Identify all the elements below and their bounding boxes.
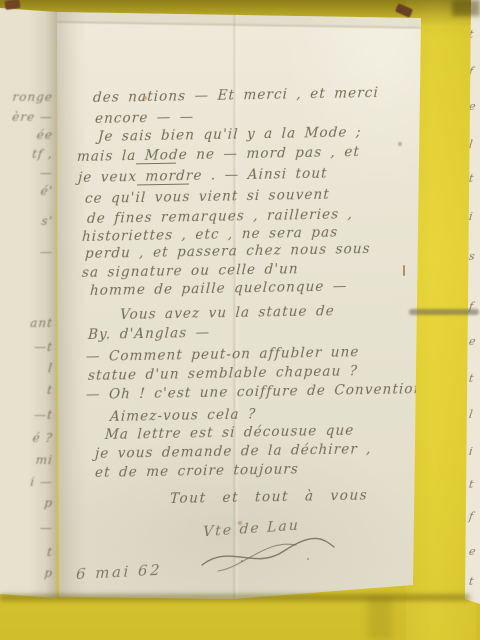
- foxing-dot: [238, 521, 242, 525]
- left-page-fold-shadow: [28, 8, 57, 598]
- letter-line: — Comment peut-on affubler une: [86, 344, 360, 365]
- right-line-fragment: l: [468, 408, 473, 421]
- right-line-fragment: i: [468, 210, 473, 223]
- bottom-edge-shadow: [0, 594, 470, 601]
- top-right-corner-shadow: [452, 0, 480, 16]
- word-underline: [136, 163, 176, 165]
- foxing-dot: [143, 96, 147, 100]
- letter-line: de fines remarques , railleries ,: [87, 206, 354, 227]
- photo-frame: rongeère —éetf ,—é's'—ant—tlt—té ?mii —p…: [0, 0, 480, 640]
- right-line-fragment: t: [468, 478, 474, 491]
- letter-line: ce qu'il vous vient si souvent: [85, 187, 331, 207]
- right-line-fragment: f: [468, 510, 474, 523]
- right-line-fragment: s: [468, 250, 475, 263]
- letter-line: statue d'un semblable chapeau ?: [88, 363, 359, 384]
- letter-line: Aimez-vous cela ?: [110, 406, 257, 425]
- right-line-fragment: e: [468, 335, 476, 348]
- right-line-fragment: t: [468, 575, 474, 588]
- signature-flourish: [196, 535, 341, 577]
- foxing-dot: [398, 142, 402, 146]
- right-line-fragment: i: [468, 445, 473, 458]
- bottom-yellow-fold-shadow: [368, 596, 392, 640]
- letter-line: homme de paille quelconque —: [90, 278, 348, 299]
- letter-line: encore — —: [95, 109, 195, 127]
- red-fiber-mark: [403, 265, 405, 276]
- letter-line: By. d'Anglas —: [88, 325, 211, 343]
- right-line-fragment: t: [468, 372, 474, 385]
- smudge-streak: [409, 309, 479, 315]
- letter-line: — Oh ! c'est une coiffure de Convention …: [86, 381, 449, 403]
- letter-line: Vous avez vu la statue de: [120, 303, 336, 323]
- right-line-fragment: e: [468, 545, 476, 558]
- word-underline: [137, 184, 189, 186]
- letter-line: sa signature ou celle d'un: [82, 261, 299, 281]
- letter-page: des nations — Et merci , et merciencore …: [0, 0, 480, 640]
